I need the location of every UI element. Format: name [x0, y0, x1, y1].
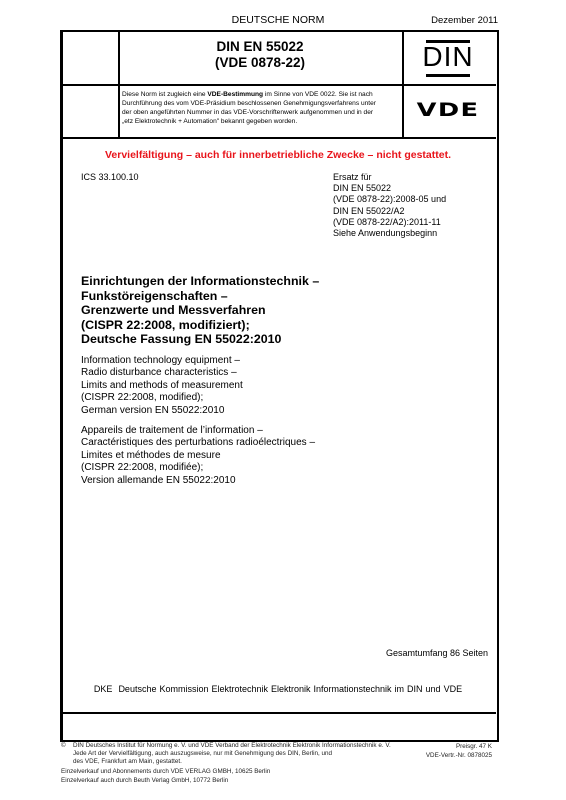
- dke-full-name: Deutsche Kommission Elektrotechnik Elekt…: [118, 684, 462, 694]
- replaces-block: Ersatz für DIN EN 55022 (VDE 0878-22):20…: [333, 172, 446, 239]
- din-logo-text: DIN: [402, 42, 494, 72]
- divider: [61, 712, 496, 714]
- divider: [61, 137, 496, 139]
- din-logo-bottom-bar: [426, 74, 470, 77]
- vde-regulation-term: VDE-Bestimmung: [207, 91, 263, 98]
- standard-number-din: DIN EN 55022: [118, 39, 402, 55]
- price-group: Preisgr. 47 K: [426, 742, 492, 751]
- copyright-icon: ©: [61, 742, 66, 750]
- ics-code: ICS 33.100.10: [81, 172, 139, 182]
- title-english: Information technology equipment – Radio…: [81, 355, 243, 417]
- sales-vde-verlag: Einzelverkauf und Abonnements durch VDE …: [61, 768, 391, 776]
- footer-price-info: Preisgr. 47 K VDE-Vertr.-Nr. 0878025: [426, 742, 492, 760]
- copy-warning: Vervielfältigung – auch für innerbetrieb…: [60, 149, 496, 161]
- standard-number-vde: (VDE 0878-22): [118, 55, 402, 71]
- standard-number: DIN EN 55022 (VDE 0878-22): [118, 39, 402, 71]
- vde-order-number: VDE-Vertr.-Nr. 0878025: [426, 751, 492, 760]
- dke-line: DKE Deutsche Kommission Elektrotechnik E…: [60, 684, 496, 694]
- vde-logo: VDE: [386, 99, 510, 121]
- sales-beuth-verlag: Einzelverkauf auch durch Beuth Verlag Gm…: [61, 777, 391, 785]
- footer-copyright: © DIN Deutsches Institut für Normung e. …: [61, 742, 391, 785]
- divider: [61, 84, 496, 86]
- din-logo: DIN: [402, 38, 494, 78]
- title-german: Einrichtungen der Informationstechnik – …: [81, 274, 319, 347]
- total-pages: Gesamtumfang 86 Seiten: [386, 648, 488, 658]
- vde-regulation-note: Diese Norm ist zugleich eine VDE-Bestimm…: [122, 90, 398, 126]
- title-french: Appareils de traitement de l’information…: [81, 425, 315, 487]
- dke-abbreviation: DKE: [94, 684, 113, 694]
- publication-date: Dezember 2011: [431, 15, 498, 26]
